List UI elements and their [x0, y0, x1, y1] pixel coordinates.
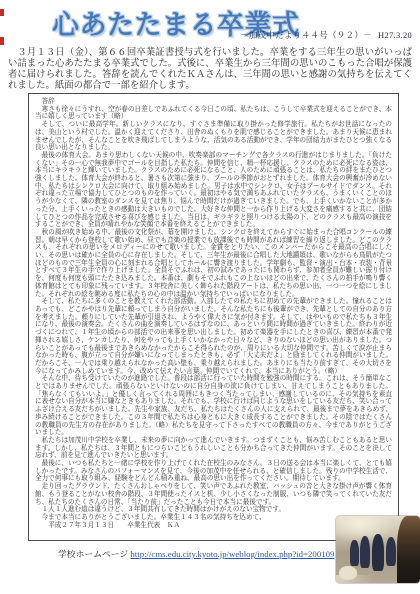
- letter-paragraph: そんな中、待ち受けていたのが進路でした。普段は部活に行っていた時間を勉強の時間に…: [35, 375, 392, 437]
- footer: 学校ホームページ http://cms.edu.city.kyoto.jp/we…: [0, 547, 420, 560]
- issue-date: H27.3.20: [378, 30, 412, 40]
- valedictory-box: 答辞 寒さも徐々にうすれ、空が春の日差しであふれてくる今日この頃、私たちは、こう…: [28, 93, 399, 541]
- newsletter-page: 心あたたまる卒業式 －加茂中だより４４号（９２）－H27.3.20 ３月１３日（…: [0, 0, 420, 594]
- scan-artifact-mark: [0, 9, 4, 16]
- homepage-label: 学校ホームページ: [58, 549, 130, 559]
- letter-body: 寒さも徐々にうすれ、空が春の日差しであふれてくる今日この頃、私たちは、こうして卒…: [35, 106, 392, 522]
- issue-info: －加茂中だより４４号（９２）－H27.3.20: [240, 29, 412, 41]
- letter-paragraph: そして、私たちに多くのことを教えてくれた部活動。入部したての私たちに初めての先輩…: [35, 298, 392, 375]
- homepage-link[interactable]: http://cms.edu.city.kyoto.jp/weblog/inde…: [130, 549, 334, 559]
- photo-clapping-hands: [339, 566, 357, 579]
- letter-paragraph: 私たちは加茂川中学校を卒業し、未来の夢に向かって進んでいきます。つまずくことも、…: [35, 437, 392, 460]
- letter-label: 答辞: [35, 98, 392, 106]
- letter-paragraph: １人１人進む道は違うけど、３年間共有してきた時間はかけがえのない宝物です。: [35, 506, 392, 514]
- scan-artifact-mark: [0, 37, 4, 45]
- letter-paragraph: 最後に、いつも私たちと一緒に学校を作り上げてくれた在校生のみなさん。３日の送る会…: [35, 460, 392, 483]
- letter-paragraph: 最後の体育大会。あまり思わしくない天候の中、吹奏楽部のマーチングで各クラスの行進…: [35, 152, 392, 229]
- letter-paragraph: 走り回ったグラウンド、たくさんおしゃべりをして、笑い声であふれた教室、バッシュの…: [35, 483, 392, 506]
- letter-paragraph: そして、ついに最高学年。新しいクラスになり、すぐさま準備に取り掛かった修学旅行。…: [35, 121, 392, 152]
- letter-paragraph: 秋の風が吹き始める中、最後の文化祭が、幕を開けました。シンクロを終えてからすぐに…: [35, 229, 392, 298]
- issue-number: －加茂中だより４４号（９２）－: [240, 30, 372, 40]
- intro-paragraph: ３月１３日（金）、第６６回卒業証書授与式を行いました。卒業をする三年生の思いがい…: [8, 48, 412, 92]
- letter-paragraph: 寒さも徐々にうすれ、空が春の日差しであふれてくる今日この頃、私たちは、こうして卒…: [35, 106, 392, 121]
